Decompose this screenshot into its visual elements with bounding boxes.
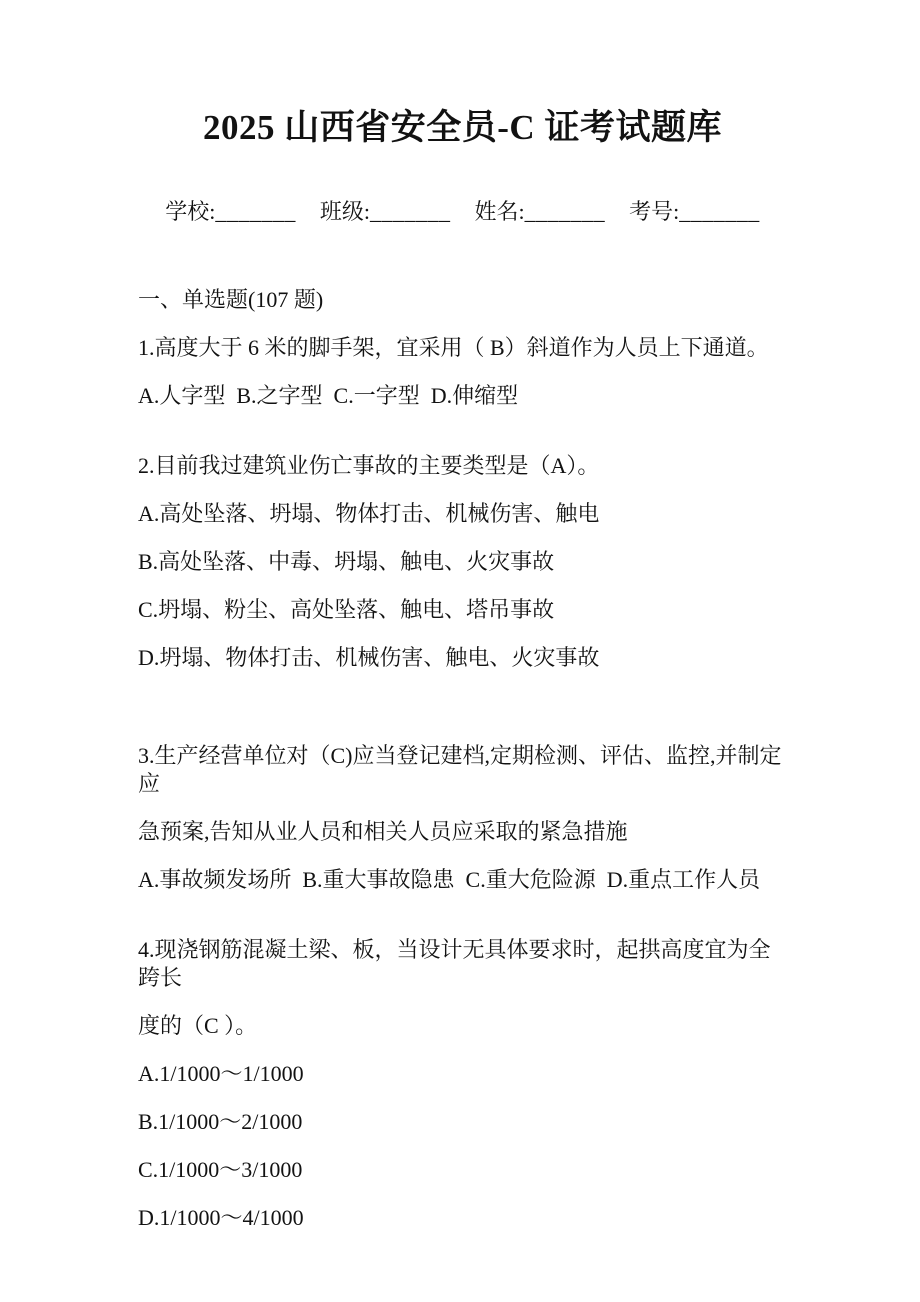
exam-document-page: 2025 山西省安全员-C 证考试题库 学校:_______ 班级:______… — [0, 0, 920, 1302]
name-field-blank: _______ — [525, 199, 606, 224]
section-heading: 一、单选题(107 题) — [138, 286, 787, 314]
question-4-text-line-1: 4.现浇钢筋混凝土梁、板，当设计无具体要求时，起拱高度宜为全跨长 — [138, 936, 787, 992]
question-1: 1.高度大于 6 米的脚手架，宜采用（ B）斜道作为人员上下通道。 A.人字型 … — [138, 334, 787, 410]
question-4-text-line-2: 度的（C ）。 — [138, 1012, 787, 1040]
examno-field-blank: _______ — [679, 199, 760, 224]
school-field-label: 学校: — [165, 199, 215, 224]
question-3: 3.生产经营单位对（C)应当登记建档,定期检测、评估、监控,并制定应 急预案,告… — [138, 692, 787, 894]
examno-field: 考号:_______ — [629, 198, 760, 226]
page-title: 2025 山西省安全员-C 证考试题库 — [138, 0, 787, 150]
question-3-text-line-2: 急预案,告知从业人员和相关人员应采取的紧急措施 — [138, 818, 787, 846]
question-2-option-a: A.高处坠落、坍塌、物体打击、机械伤害、触电 — [138, 500, 787, 528]
question-2-option-c: C.坍塌、粉尘、高处坠落、触电、塔吊事故 — [138, 596, 787, 624]
name-field: 姓名:_______ — [475, 198, 606, 226]
student-info-row: 学校:_______ 班级:_______ 姓名:_______ 考号:____… — [138, 198, 787, 226]
school-field-blank: _______ — [215, 199, 296, 224]
question-4-option-b: B.1/1000～2/1000 — [138, 1108, 787, 1136]
school-field: 学校:_______ — [165, 198, 296, 226]
name-field-label: 姓名: — [475, 199, 525, 224]
question-3-options: A.事故频发场所 B.重大事故隐患 C.重大危险源 D.重点工作人员 — [138, 866, 787, 894]
question-2-option-d: D.坍塌、物体打击、机械伤害、触电、火灾事故 — [138, 644, 787, 672]
class-field-blank: _______ — [370, 199, 451, 224]
question-2-option-b: B.高处坠落、中毒、坍塌、触电、火灾事故 — [138, 548, 787, 576]
question-4-option-d: D.1/1000～4/1000 — [138, 1204, 787, 1232]
question-2-text: 2.目前我过建筑业伤亡事故的主要类型是（A）。 — [138, 452, 787, 480]
examno-field-label: 考号: — [629, 199, 679, 224]
question-1-text: 1.高度大于 6 米的脚手架，宜采用（ B）斜道作为人员上下通道。 — [138, 334, 787, 362]
question-3-text-line-1: 3.生产经营单位对（C)应当登记建档,定期检测、评估、监控,并制定应 — [138, 742, 787, 798]
question-4-option-c: C.1/1000～3/1000 — [138, 1156, 787, 1184]
class-field: 班级:_______ — [320, 198, 451, 226]
question-4: 4.现浇钢筋混凝土梁、板，当设计无具体要求时，起拱高度宜为全跨长 度的（C ）。… — [138, 914, 787, 1232]
class-field-label: 班级: — [320, 199, 370, 224]
question-4-option-a: A.1/1000～1/1000 — [138, 1060, 787, 1088]
question-1-options: A.人字型 B.之字型 C.一字型 D.伸缩型 — [138, 382, 787, 410]
question-2: 2.目前我过建筑业伤亡事故的主要类型是（A）。 A.高处坠落、坍塌、物体打击、机… — [138, 430, 787, 672]
